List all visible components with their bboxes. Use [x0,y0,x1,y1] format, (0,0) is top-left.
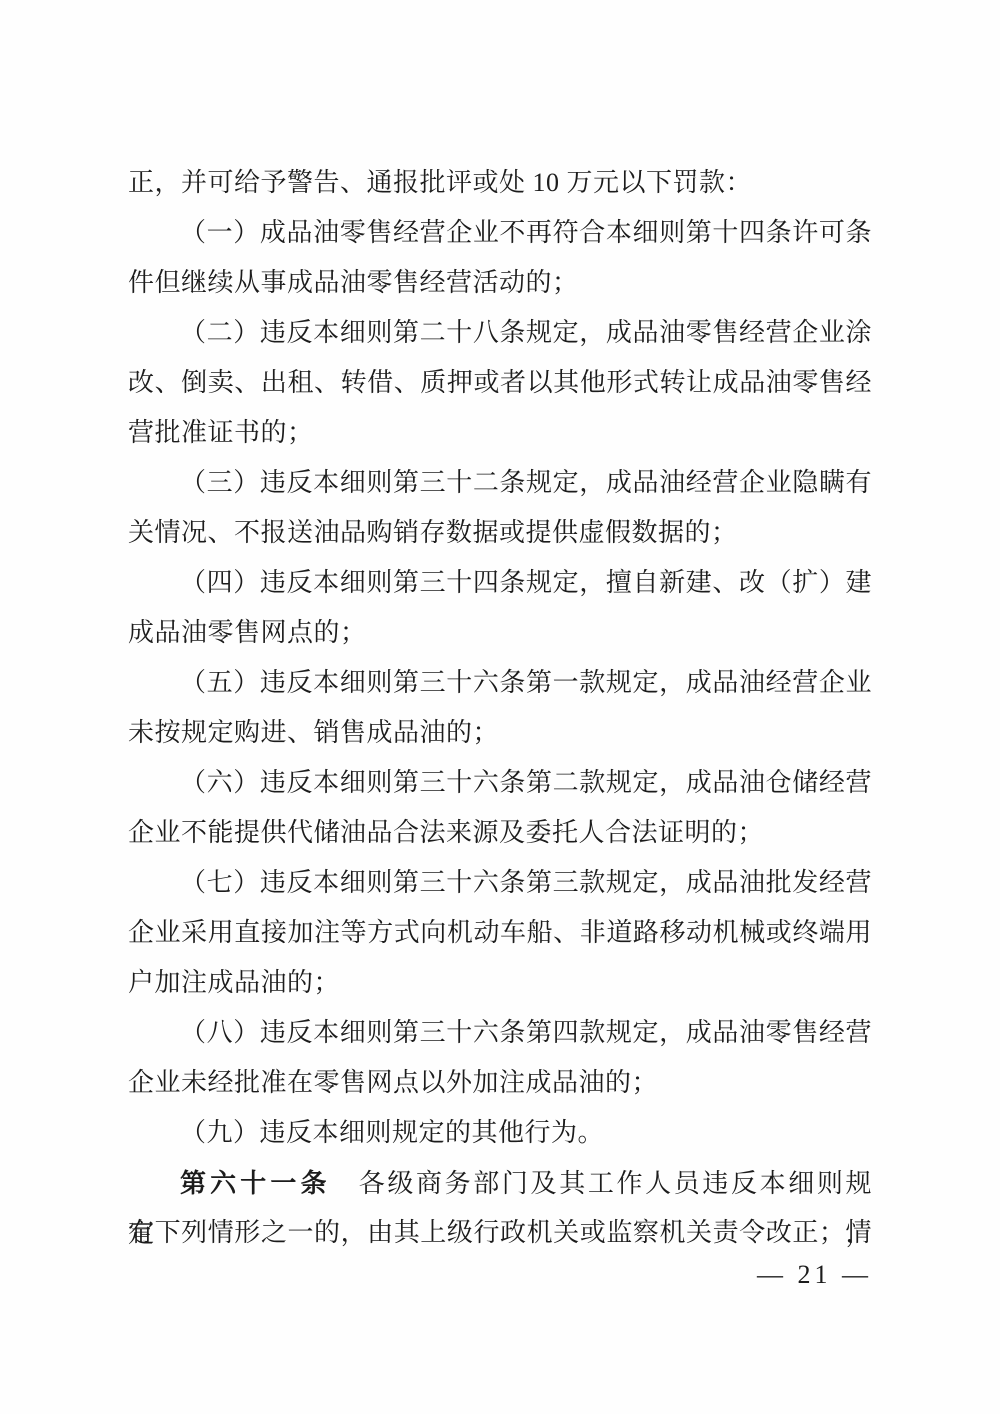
text-line-22: 有下列情形之一的，由其上级行政机关或监察机关责令改正；情 [128,1208,872,1258]
page-number: — 21 — [0,1258,872,1292]
document-page: 正，并可给予警告、通报批评或处 10 万元以下罚款： （一）成品油零售经营企业不… [0,0,1000,1414]
text-line-20: （九）违反本细则规定的其他行为。 [128,1108,872,1158]
text-line-05: 改、倒卖、出租、转借、质押或者以其他形式转让成品油零售经 [128,358,872,408]
document-body: 正，并可给予警告、通报批评或处 10 万元以下罚款： （一）成品油零售经营企业不… [128,158,872,1258]
text-line-01: 正，并可给予警告、通报批评或处 10 万元以下罚款： [128,158,872,208]
text-line-11: （五）违反本细则第三十六条第一款规定，成品油经营企业 [128,658,872,708]
text-line-02: （一）成品油零售经营企业不再符合本细则第十四条许可条 [128,208,872,258]
text-line-17: 户加注成品油的； [128,958,872,1008]
text-line-18: （八）违反本细则第三十六条第四款规定，成品油零售经营 [128,1008,872,1058]
text-line-13: （六）违反本细则第三十六条第二款规定，成品油仓储经营 [128,758,872,808]
text-line-04: （二）违反本细则第二十八条规定，成品油零售经营企业涂 [128,308,872,358]
text-line-14: 企业不能提供代储油品合法来源及委托人合法证明的； [128,808,872,858]
text-line-07: （三）违反本细则第三十二条规定，成品油经营企业隐瞒有 [128,458,872,508]
text-line-21-article-61: 第六十一条各级商务部门及其工作人员违反本细则规定， [128,1158,872,1208]
text-line-06: 营批准证书的； [128,408,872,458]
text-line-10: 成品油零售网点的； [128,608,872,658]
text-line-03: 件但继续从事成品油零售经营活动的； [128,258,872,308]
text-line-19: 企业未经批准在零售网点以外加注成品油的； [128,1058,872,1108]
text-line-12: 未按规定购进、销售成品油的； [128,708,872,758]
text-line-16: 企业采用直接加注等方式向机动车船、非道路移动机械或终端用 [128,908,872,958]
text-line-15: （七）违反本细则第三十六条第三款规定，成品油批发经营 [128,858,872,908]
text-line-09: （四）违反本细则第三十四条规定，擅自新建、改（扩）建 [128,558,872,608]
text-line-08: 关情况、不报送油品购销存数据或提供虚假数据的； [128,508,872,558]
article-61-heading: 第六十一条 [180,1168,331,1198]
